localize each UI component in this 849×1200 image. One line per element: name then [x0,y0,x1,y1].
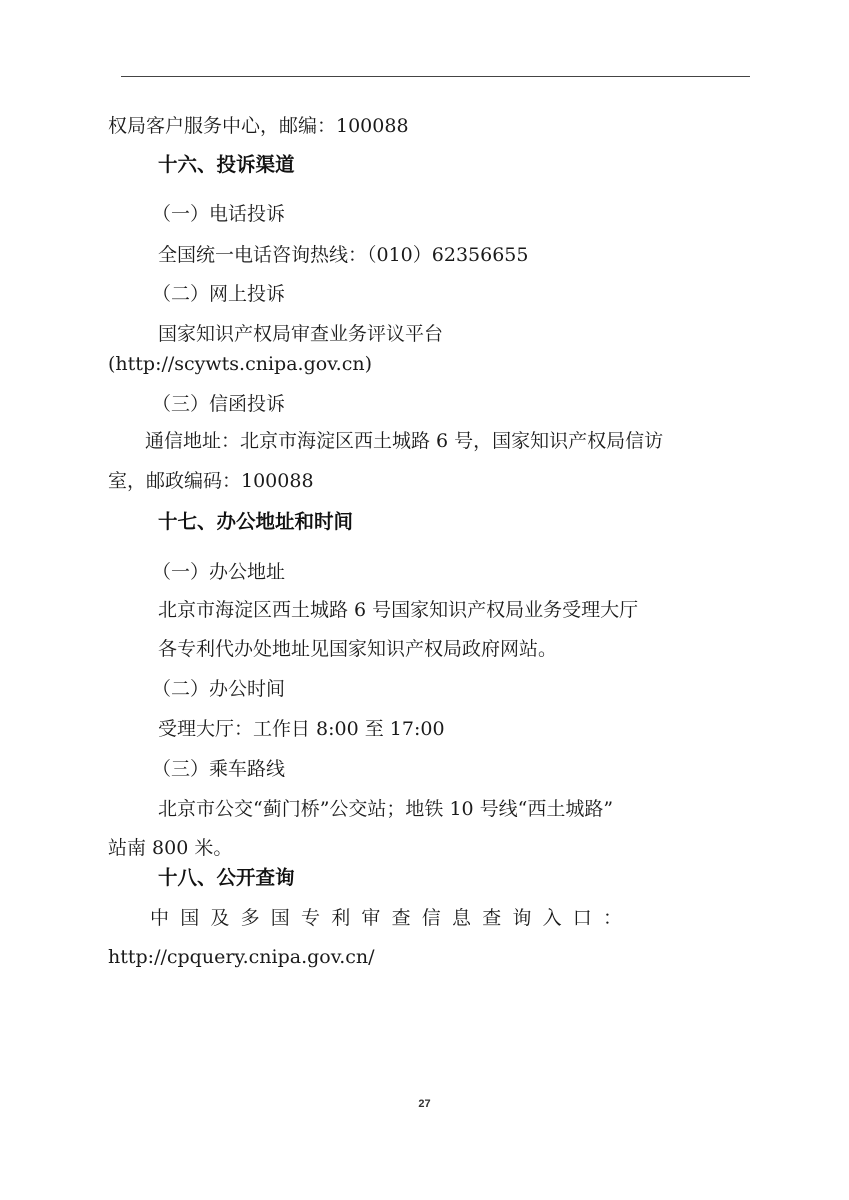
agency-address-text: 各专利代办处地址见国家知识产权局政府网站。 [158,637,557,661]
office-hours-text: 受理大厅：工作日 8:00 至 17:00 [158,717,445,741]
page-number: 27 [0,1098,849,1110]
query-link[interactable]: http://cpquery.cnipa.gov.cn/ [108,945,375,969]
body-text: 权局客户服务中心，邮编：100088 [108,114,409,138]
section-heading-18: 十八、公开查询 [158,866,295,890]
subheading-online-complaint: （二）网上投诉 [152,282,285,306]
header-rule [121,76,750,77]
subheading-office-hours: （二）办公时间 [152,677,285,701]
transit-line2: 站南 800 米。 [108,836,232,860]
platform-link[interactable]: (http://scywts.cnipa.gov.cn) [108,352,372,376]
office-address-text: 北京市海淀区西土城路 6 号国家知识产权局业务受理大厅 [158,598,638,622]
hotline-text: 全国统一电话咨询热线：（010）62356655 [158,243,528,267]
subheading-letter-complaint: （三）信函投诉 [152,392,285,416]
section-heading-17: 十七、办公地址和时间 [158,510,353,534]
transit-line1: 北京市公交“蓟门桥”公交站；地铁 10 号线“西土城路” [158,797,613,821]
query-entry-label: 中国及多国专利审查信息查询入口： [150,906,633,930]
subheading-office-address: （一）办公地址 [152,560,285,584]
section-heading-16: 十六、投诉渠道 [158,153,295,177]
subheading-transit: （三）乘车路线 [152,757,285,781]
platform-name: 国家知识产权局审查业务评议平台 [158,322,443,346]
mail-address-line1: 通信地址：北京市海淀区西土城路 6 号，国家知识产权局信访 [145,429,663,453]
subheading-phone-complaint: （一）电话投诉 [152,202,285,226]
mail-address-line2: 室，邮政编码：100088 [108,469,314,493]
